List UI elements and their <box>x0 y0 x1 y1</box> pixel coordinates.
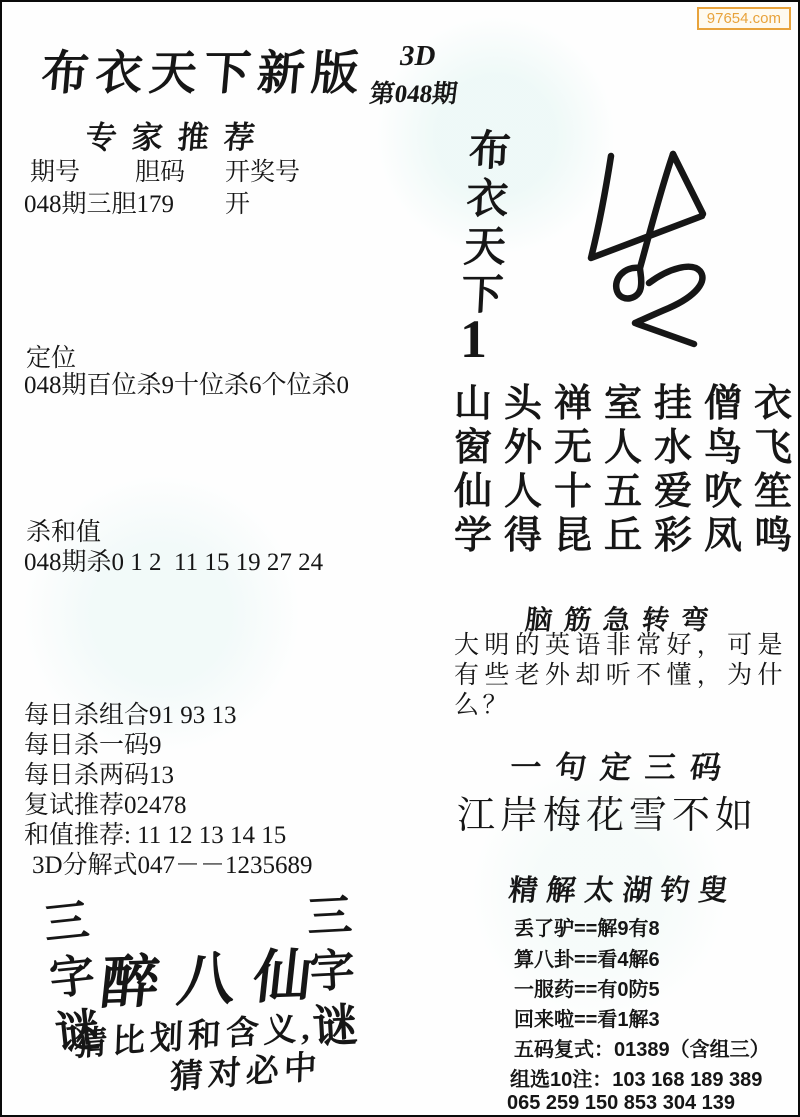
brain-teaser-text: 大明的英语非常好，可是有些老外却听不懂，为什么？ <box>454 631 786 721</box>
taihu-line-3: 一服药==有0防5 <box>514 973 660 1002</box>
taihu-title: 精解太湖钓叟 <box>452 868 794 909</box>
decompose-line: 3D分解式047－－1235689 <box>32 845 313 881</box>
issue-number-label: 第048期 <box>368 74 460 110</box>
col-header-issue: 期号 <box>30 152 80 188</box>
taihu-line-4: 回来啦==看1解3 <box>514 1003 660 1032</box>
poem-line-3: 仙人十五爱吹笙 <box>454 470 792 514</box>
shahezhi-line: 048期杀0 1 2 11 15 19 27 24 <box>24 542 323 578</box>
table-row-issue-dan: 048期三胆179 <box>24 184 174 220</box>
lottery-sheet-page: 97654.com 布衣天下新版 3D 第048期 专家推荐 期号 胆码 开奖号… <box>0 0 800 1117</box>
taihu-line-2: 算八卦==看4解6 <box>514 943 660 972</box>
taihu-numbers-line: 065 259 150 853 304 139 <box>507 1092 735 1115</box>
calligraphy-glyph-drawing <box>554 140 794 370</box>
poem-block: 山头禅室挂僧衣 窗外无人水鸟飞 仙人十五爱吹笙 学得昆丘彩凤鸣 <box>454 382 792 558</box>
taihu-fushi-line: 五码复式：01389（含组三） <box>514 1033 770 1062</box>
table-row-draw: 开 <box>225 184 250 220</box>
poem-line-2: 窗外无人水鸟飞 <box>454 426 792 470</box>
col-header-danma: 胆码 <box>135 152 185 188</box>
page-title: 布衣天下新版 <box>39 36 369 103</box>
game-type-label: 3D <box>400 40 435 73</box>
expert-recommend-title: 专家推荐 <box>84 112 272 157</box>
taihu-line-1: 丢了驴==解9有8 <box>514 912 660 941</box>
poem-line-1: 山头禅室挂僧衣 <box>454 382 792 426</box>
watermark-badge: 97654.com <box>697 7 791 30</box>
col-header-draw: 开奖号 <box>225 152 300 188</box>
taihu-zuxuan-line: 组选10注：103 168 189 389 <box>510 1063 762 1092</box>
brand-vertical-label: 布衣天下 <box>447 128 517 320</box>
dingwei-line: 048期百位杀9十位杀6个位杀0 <box>24 365 349 401</box>
poem-line-4: 学得昆丘彩凤鸣 <box>454 514 792 558</box>
brand-number: 1 <box>460 308 487 370</box>
calligraphy-glyph <box>554 140 794 370</box>
one-sentence-title: 一句定三码 <box>452 742 795 787</box>
one-sentence-line: 江岸梅花雪不如 <box>457 784 758 839</box>
riddle-hint-line2: 猜对必中 <box>169 1041 322 1099</box>
